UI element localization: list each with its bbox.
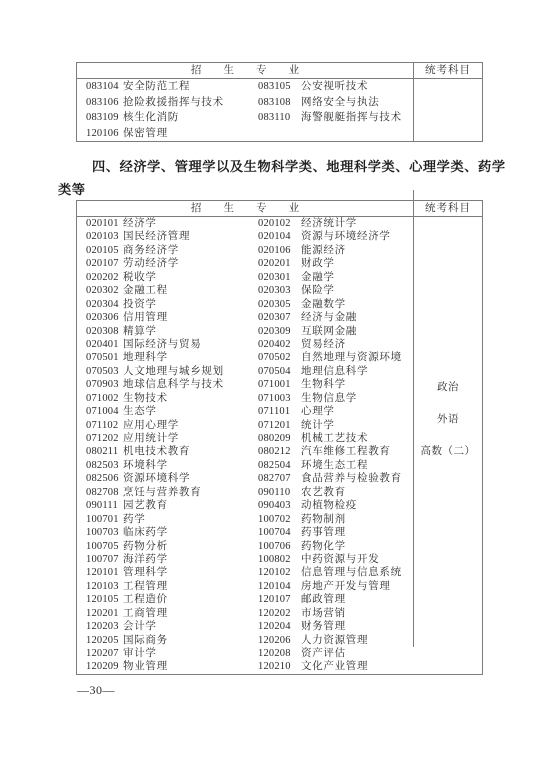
- table-row: 070501 地理科学 070502 自然地理与资源环境: [77, 351, 413, 364]
- table-row: 020302 金融工程 020303 保险学: [77, 284, 413, 297]
- table-top-body: 083104 安全防范工程 083105 公安视听技术 083106 抢险救援指…: [77, 79, 482, 141]
- major-name: 商务经济学: [123, 244, 258, 257]
- major-name: 环境生态工程: [301, 459, 413, 472]
- major-name: 审计学: [123, 647, 258, 660]
- major-name: 经济与金融: [301, 311, 413, 324]
- major-code: 020306: [86, 311, 123, 324]
- major-code: 120208: [258, 647, 301, 660]
- table-row: 071202 应用统计学 080209 机械工艺技术: [77, 432, 413, 445]
- major-code: 071202: [86, 432, 123, 445]
- major-code: 082707: [258, 472, 301, 485]
- major-name: 经济统计学: [301, 217, 413, 230]
- major-name: 劳动经济学: [123, 257, 258, 270]
- table-main-body: 020101 经济学 020102 经济统计学 020103 国民经济管理 02…: [77, 217, 482, 674]
- table-row: 071004 生态学 071101 心理学: [77, 405, 413, 418]
- major-code: 090110: [258, 486, 301, 499]
- table-row: 070903 地球信息科学与技术 071001 生物科学: [77, 378, 413, 391]
- major-code: 120207: [86, 647, 123, 660]
- major-code: 083108: [258, 95, 301, 111]
- table-main: 招生专业 统考科目 020101 经济学 020102 经济统计学 020103…: [76, 200, 483, 675]
- table-row: 020202 税收学 020301 金融学: [77, 271, 413, 284]
- unified-exam-subjects-header: 统考科目: [413, 63, 482, 78]
- major-code: 020105: [86, 244, 123, 257]
- table-main-rows: 020101 经济学 020102 经济统计学 020103 国民经济管理 02…: [77, 217, 413, 674]
- major-name: 心理学: [301, 405, 413, 418]
- major-name: 国际经济与贸易: [123, 338, 258, 351]
- major-name: 环境科学: [123, 459, 258, 472]
- major-code: 120102: [258, 566, 301, 579]
- major-code: 100802: [258, 553, 301, 566]
- major-name: 海警舰艇指挥与技术: [301, 110, 413, 126]
- table-row: 083104 安全防范工程 083105 公安视听技术: [77, 79, 413, 95]
- major-code: 083104: [86, 79, 123, 95]
- major-name: 邮政管理: [301, 593, 413, 606]
- major-name: 文化产业管理: [301, 660, 413, 673]
- major-name: 金融学: [301, 271, 413, 284]
- major-code: 070504: [258, 365, 301, 378]
- table-row: 120101 管理科学 120102 信息管理与信息系统: [77, 566, 413, 579]
- major-name: 生物技术: [123, 392, 258, 405]
- major-name: 机械工艺技术: [301, 432, 413, 445]
- table-row: 120207 审计学 120208 资产评估: [77, 647, 413, 660]
- major-name: 人文地理与城乡规划: [123, 365, 258, 378]
- major-code: 120206: [258, 634, 301, 647]
- major-name: 工程造价: [123, 593, 258, 606]
- major-code: 020401: [86, 338, 123, 351]
- major-code: 020201: [258, 257, 301, 270]
- major-name: 安全防范工程: [123, 79, 258, 95]
- table-row: 020105 商务经济学 020106 能源经济: [77, 244, 413, 257]
- major-code: 100707: [86, 553, 123, 566]
- table-row: 082503 环境科学 082504 环境生态工程: [77, 459, 413, 472]
- major-name: 生物信息学: [301, 392, 413, 405]
- major-code: 070501: [86, 351, 123, 364]
- table-row: 020103 国民经济管理 020104 资源与环境经济学: [77, 230, 413, 243]
- major-code: 120105: [86, 593, 123, 606]
- subject-advanced-math-2: 高数（二）: [421, 443, 476, 458]
- major-code: 120201: [86, 607, 123, 620]
- major-name: 财务管理: [301, 620, 413, 633]
- major-code: 100704: [258, 526, 301, 539]
- major-code: 120106: [86, 126, 123, 142]
- subjects-column: 政治 外语 高数（二）: [413, 190, 482, 647]
- major-name: 地理信息科学: [301, 365, 413, 378]
- major-code: 120209: [86, 660, 123, 673]
- table-top-header: 招生专业 统考科目: [77, 63, 482, 79]
- major-name: 财政学: [301, 257, 413, 270]
- major-code: 080209: [258, 432, 301, 445]
- major-name: 药物制剂: [301, 513, 413, 526]
- major-name: 资源与环境经济学: [301, 230, 413, 243]
- major-code: 071201: [258, 419, 301, 432]
- major-name: 汽车维修工程教育: [301, 445, 413, 458]
- major-code: 020301: [258, 271, 301, 284]
- major-code: 020102: [258, 217, 301, 230]
- major-code: 071001: [258, 378, 301, 391]
- major-name: 应用心理学: [123, 419, 258, 432]
- major-name: 资产评估: [301, 647, 413, 660]
- major-name: 金融工程: [123, 284, 258, 297]
- major-code: 100705: [86, 540, 123, 553]
- major-code: 020303: [258, 284, 301, 297]
- page-number: —30—: [77, 683, 115, 698]
- major-code: 070502: [258, 351, 301, 364]
- major-name: 食品营养与检验教育: [301, 472, 413, 485]
- major-name: 自然地理与资源环境: [301, 351, 413, 364]
- major-name: 统计学: [301, 419, 413, 432]
- major-code: 020402: [258, 338, 301, 351]
- table-row: 070503 人文地理与城乡规划 070504 地理信息科学: [77, 365, 413, 378]
- major-name: 药学: [123, 513, 258, 526]
- major-name: 网络安全与执法: [301, 95, 413, 111]
- table-top-rows: 083104 安全防范工程 083105 公安视听技术 083106 抢险救援指…: [77, 79, 413, 141]
- major-code: 090111: [86, 499, 123, 512]
- table-row: 090111 园艺教育 090403 动植物检疫: [77, 499, 413, 512]
- major-code: 120107: [258, 593, 301, 606]
- table-row: 120203 会计学 120204 财务管理: [77, 620, 413, 633]
- major-name: 能源经济: [301, 244, 413, 257]
- major-name: 烹饪与营养教育: [123, 486, 258, 499]
- major-code: 071003: [258, 392, 301, 405]
- major-name: 精算学: [123, 325, 258, 338]
- table-row: 080211 机电技术教育 080212 汽车维修工程教育: [77, 445, 413, 458]
- major-name: 机电技术教育: [123, 445, 258, 458]
- major-name: 药物分析: [123, 540, 258, 553]
- major-code: 020104: [258, 230, 301, 243]
- major-name: 工商管理: [123, 607, 258, 620]
- major-code: 100706: [258, 540, 301, 553]
- major-code: 082506: [86, 472, 123, 485]
- major-code: 020304: [86, 298, 123, 311]
- major-code: 071102: [86, 419, 123, 432]
- major-code: 020305: [258, 298, 301, 311]
- major-name: 市场营销: [301, 607, 413, 620]
- major-code: 100702: [258, 513, 301, 526]
- major-code: 070903: [86, 378, 123, 391]
- major-name: 保险学: [301, 284, 413, 297]
- table-row: 100703 临床药学 100704 药事管理: [77, 526, 413, 539]
- major-code: 020308: [86, 325, 123, 338]
- subjects-column-empty: [413, 79, 482, 141]
- major-name: 应用统计学: [123, 432, 258, 445]
- admission-major-header: 招生专业: [77, 63, 413, 78]
- major-code: 080211: [86, 445, 123, 458]
- major-code: 082708: [86, 486, 123, 499]
- major-name: [301, 126, 413, 142]
- major-code: 100701: [86, 513, 123, 526]
- table-row: 120106 保密管理: [77, 126, 413, 142]
- table-row: 100701 药学 100702 药物制剂: [77, 513, 413, 526]
- table-row: 100707 海洋药学 100802 中药资源与开发: [77, 553, 413, 566]
- major-code: 120103: [86, 580, 123, 593]
- major-name: 国际商务: [123, 634, 258, 647]
- table-row: 020304 投资学 020305 金融数学: [77, 298, 413, 311]
- major-code: 120204: [258, 620, 301, 633]
- major-code: 120205: [86, 634, 123, 647]
- table-row: 020401 国际经济与贸易 020402 贸易经济: [77, 338, 413, 351]
- major-code: 080212: [258, 445, 301, 458]
- table-row: 020107 劳动经济学 020201 财政学: [77, 257, 413, 270]
- major-name: 信用管理: [123, 311, 258, 324]
- table-row: 071102 应用心理学 071201 统计学: [77, 419, 413, 432]
- subject-foreign-language: 外语: [437, 411, 459, 426]
- major-name: 生物科学: [301, 378, 413, 391]
- major-code: 020107: [86, 257, 123, 270]
- major-code: 083106: [86, 95, 123, 111]
- major-name: 公安视听技术: [301, 79, 413, 95]
- table-row: 120103 工程管理 120104 房地产开发与管理: [77, 580, 413, 593]
- major-code: 071002: [86, 392, 123, 405]
- major-name: 地理科学: [123, 351, 258, 364]
- table-row: 083109 核生化消防 083110 海警舰艇指挥与技术: [77, 110, 413, 126]
- major-name: 农艺教育: [301, 486, 413, 499]
- major-name: 生态学: [123, 405, 258, 418]
- major-code: 020101: [86, 217, 123, 230]
- major-name: 国民经济管理: [123, 230, 258, 243]
- table-row: 120209 物业管理 120210 文化产业管理: [77, 660, 413, 673]
- major-code: 020307: [258, 311, 301, 324]
- major-name: 税收学: [123, 271, 258, 284]
- table-row: 100705 药物分析 100706 药物化学: [77, 540, 413, 553]
- table-row: 082708 烹饪与营养教育 090110 农艺教育: [77, 486, 413, 499]
- major-name: 动植物检疫: [301, 499, 413, 512]
- major-name: 药物化学: [301, 540, 413, 553]
- table-row: 120205 国际商务 120206 人力资源管理: [77, 634, 413, 647]
- major-name: 临床药学: [123, 526, 258, 539]
- table-row: 120201 工商管理 120202 市场营销: [77, 607, 413, 620]
- major-name: 资源环境科学: [123, 472, 258, 485]
- major-code: 082503: [86, 459, 123, 472]
- table-row: 020308 精算学 020309 互联网金融: [77, 325, 413, 338]
- major-name: 互联网金融: [301, 325, 413, 338]
- major-name: 物业管理: [123, 660, 258, 673]
- major-code: 020103: [86, 230, 123, 243]
- major-code: 020202: [86, 271, 123, 284]
- major-code: 070503: [86, 365, 123, 378]
- table-row: 083106 抢险救援指挥与技术 083108 网络安全与执法: [77, 95, 413, 111]
- table-top: 招生专业 统考科目 083104 安全防范工程 083105 公安视听技术 08…: [76, 62, 483, 142]
- table-row: 082506 资源环境科学 082707 食品营养与检验教育: [77, 472, 413, 485]
- major-name: 核生化消防: [123, 110, 258, 126]
- major-name: 信息管理与信息系统: [301, 566, 413, 579]
- major-code: 082504: [258, 459, 301, 472]
- major-name: 海洋药学: [123, 553, 258, 566]
- subject-politics: 政治: [437, 379, 459, 394]
- major-code: 100703: [86, 526, 123, 539]
- major-name: 保密管理: [123, 126, 258, 142]
- major-name: 园艺教育: [123, 499, 258, 512]
- major-code: 083105: [258, 79, 301, 95]
- major-code: 120101: [86, 566, 123, 579]
- major-name: 工程管理: [123, 580, 258, 593]
- admission-major-header: 招生专业: [77, 201, 413, 216]
- major-name: 贸易经济: [301, 338, 413, 351]
- document-page: 招生专业 统考科目 083104 安全防范工程 083105 公安视听技术 08…: [0, 0, 538, 763]
- major-name: 药事管理: [301, 526, 413, 539]
- major-code: 120203: [86, 620, 123, 633]
- major-code: 071101: [258, 405, 301, 418]
- major-code: 071004: [86, 405, 123, 418]
- table-row: 120105 工程造价 120107 邮政管理: [77, 593, 413, 606]
- major-code: 020106: [258, 244, 301, 257]
- major-code: 120104: [258, 580, 301, 593]
- major-code: 083110: [258, 110, 301, 126]
- major-code: [258, 126, 301, 142]
- major-code: 090403: [258, 499, 301, 512]
- major-name: 经济学: [123, 217, 258, 230]
- major-name: 金融数学: [301, 298, 413, 311]
- major-code: 083109: [86, 110, 123, 126]
- major-code: 020302: [86, 284, 123, 297]
- major-name: 投资学: [123, 298, 258, 311]
- table-row: 020101 经济学 020102 经济统计学: [77, 217, 413, 230]
- major-name: 会计学: [123, 620, 258, 633]
- table-row: 020306 信用管理 020307 经济与金融: [77, 311, 413, 324]
- major-code: 020309: [258, 325, 301, 338]
- major-code: 120210: [258, 660, 301, 673]
- major-name: 房地产开发与管理: [301, 580, 413, 593]
- major-name: 管理科学: [123, 566, 258, 579]
- major-name: 抢险救援指挥与技术: [123, 95, 258, 111]
- section-heading-line1: 四、经济学、管理学以及生物科学类、地理科学类、心理学类、药学: [58, 155, 498, 178]
- major-name: 地球信息科学与技术: [123, 378, 258, 391]
- major-name: 人力资源管理: [301, 634, 413, 647]
- major-name: 中药资源与开发: [301, 553, 413, 566]
- major-code: 120202: [258, 607, 301, 620]
- table-row: 071002 生物技术 071003 生物信息学: [77, 392, 413, 405]
